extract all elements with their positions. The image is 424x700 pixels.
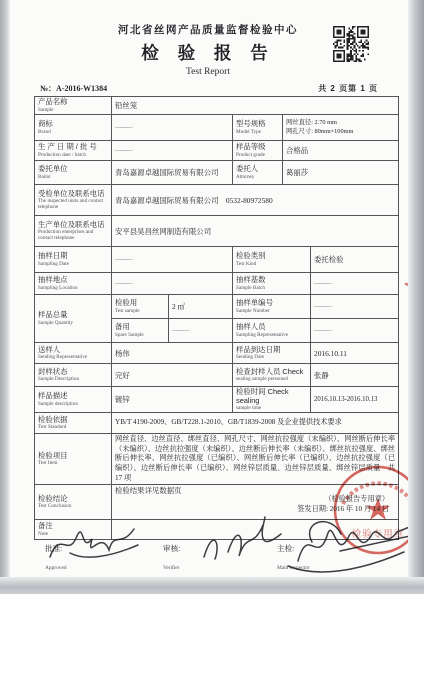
table-row: 检验依据Test Standard YB/T 4190-2009、GB/T228… bbox=[35, 413, 399, 434]
field-label: 生产单位及联系电话Production enterprises and cont… bbox=[35, 216, 112, 247]
field-value: 葛丽莎 bbox=[283, 161, 399, 185]
report-page: 河北省丝网产品质量监督检验中心 检 验 报 告 Test Report №：A-… bbox=[0, 0, 424, 700]
table-row: 生 产 日 期 / 批 号Production date / batch ———… bbox=[35, 141, 399, 161]
field-label: 检验类别Test Kind bbox=[233, 247, 311, 273]
field-value: 网丝直径: 2.70 mm网孔尺寸: 80mm×100mm bbox=[283, 115, 399, 141]
field-label: 生 产 日 期 / 批 号Production date / batch bbox=[35, 141, 112, 161]
verifier-label: 审核: Verifier bbox=[163, 538, 180, 574]
table-row: 产品名称Sample 铅丝笼 bbox=[35, 97, 399, 115]
table-row: 样品描述Sample description 镀锌 检验时间 Check sea… bbox=[35, 387, 399, 413]
field-label: 样品总量Sample Quantity bbox=[35, 295, 112, 343]
field-label: 产品名称Sample bbox=[35, 97, 112, 115]
field-value: 镀锌 bbox=[112, 387, 233, 413]
table-row: 委托单位Bailor 青岛嘉源卓越国际贸易有限公司 委托人Attorney 葛丽… bbox=[35, 161, 399, 185]
field-value: 完好 bbox=[112, 364, 233, 387]
field-label: 抽样单编号Sample Number bbox=[233, 295, 311, 319]
field-value: 2016.10.11 bbox=[311, 343, 399, 364]
field-value: ——— bbox=[112, 247, 233, 273]
field-value: 张静 bbox=[311, 364, 399, 387]
field-value: ——— bbox=[311, 319, 399, 343]
field-value: YB/T 4190-2009、GB/T228.1-2010、GB/T1839-2… bbox=[112, 413, 399, 434]
field-label: 检验依据Test Standard bbox=[35, 413, 112, 434]
field-value: 2 ㎡ bbox=[169, 295, 233, 319]
field-label: 抽样日期Sampling Date bbox=[35, 247, 112, 273]
field-value: ——— bbox=[311, 273, 399, 295]
report-number: №：A-2016-W1384 bbox=[40, 83, 107, 94]
conclusion-text: 检验结果详见数据页 bbox=[115, 486, 395, 495]
field-label: 抽样地点Sampling Location bbox=[35, 273, 112, 295]
field-value: ——— bbox=[112, 115, 233, 141]
field-label: 受检单位及联系电话The inspected units and contact… bbox=[35, 185, 112, 216]
field-value: ——— bbox=[311, 295, 399, 319]
field-value: 2016.10.13-2016.10.13 bbox=[311, 387, 399, 413]
field-label: 检验项目Test Item bbox=[35, 434, 112, 485]
field-label: 商标Brand bbox=[35, 115, 112, 141]
field-label: 备用Spare Sample bbox=[112, 319, 169, 343]
approved-label: 批准: Approved bbox=[45, 538, 67, 574]
field-value: 网丝直径、边丝直径、绑丝直径、网孔尺寸、网丝抗拉强度（未编织）、网丝断后伸长率（… bbox=[112, 434, 399, 485]
table-row: 检验项目Test Item 网丝直径、边丝直径、绑丝直径、网孔尺寸、网丝抗拉强度… bbox=[35, 434, 399, 485]
table-row: 抽样地点Sampling Location ——— 抽样基数Sample Bat… bbox=[35, 273, 399, 295]
field-value: 青岛嘉源卓越国际贸易有限公司 0532-80972580 bbox=[112, 185, 399, 216]
inspector-label: 主检: Main inspector bbox=[277, 538, 310, 574]
table-row: 商标Brand ——— 型号规格Model Type 网丝直径: 2.70 mm… bbox=[35, 115, 399, 141]
table-row: 抽样日期Sampling Date ——— 检验类别Test Kind 委托检验 bbox=[35, 247, 399, 273]
field-value: ——— bbox=[169, 319, 233, 343]
issue-date: 签发日期: 2016 年 10 月 14 日 bbox=[115, 505, 395, 515]
field-label: 委托人Attorney bbox=[233, 161, 283, 185]
field-label: 检验时间 Check sealingsample time bbox=[233, 387, 311, 413]
field-value: 委托检验 bbox=[311, 247, 399, 273]
field-value: ——— bbox=[112, 141, 233, 161]
field-value: 安平县昊昌丝网制造有限公司 bbox=[112, 216, 399, 247]
page-count: 共 2 页第 1 页 bbox=[288, 83, 378, 94]
table-row: 样品总量Sample Quantity 检验用Test sample 2 ㎡ 抽… bbox=[35, 295, 399, 319]
field-label: 型号规格Model Type bbox=[233, 115, 283, 141]
field-value: 铅丝笼 bbox=[112, 97, 399, 115]
page-edge-bottom bbox=[0, 577, 424, 594]
field-value: ——— bbox=[112, 273, 233, 295]
table-row: 生产单位及联系电话Production enterprises and cont… bbox=[35, 216, 399, 247]
field-label: 检查封样人员 Checksealing sample personnel bbox=[233, 364, 311, 387]
field-label: 样品到达日期Sending Date bbox=[233, 343, 311, 364]
field-value bbox=[112, 520, 399, 540]
field-label: 样品描述Sample description bbox=[35, 387, 112, 413]
field-label: 抽样人员Sampling Representative bbox=[233, 319, 311, 343]
field-label: 送样人Sending Representative bbox=[35, 343, 112, 364]
page-edge-right bbox=[408, 0, 424, 584]
report-table: 产品名称Sample 铅丝笼 商标Brand ——— 型号规格Model Typ… bbox=[34, 96, 399, 540]
field-label: 封样状态Sample Description bbox=[35, 364, 112, 387]
field-label: 检验结论Test Conclusion bbox=[35, 485, 112, 520]
page-title-en: Test Report bbox=[0, 67, 416, 77]
field-label: 备注Note bbox=[35, 520, 112, 540]
page-edge-left bbox=[0, 0, 10, 584]
field-value: 杨伟 bbox=[112, 343, 233, 364]
table-row: 封样状态Sample Description 完好 检查封样人员 Checkse… bbox=[35, 364, 399, 387]
field-label: 样品等级Product grade bbox=[233, 141, 283, 161]
field-value: 检验结果详见数据页 （检验报告专用章） 签发日期: 2016 年 10 月 14… bbox=[112, 485, 399, 520]
field-label: 检验用Test sample bbox=[112, 295, 169, 319]
table-row: 备注Note bbox=[35, 520, 399, 540]
field-label: 委托单位Bailor bbox=[35, 161, 112, 185]
field-value: 青岛嘉源卓越国际贸易有限公司 bbox=[112, 161, 233, 185]
table-row: 送样人Sending Representative 杨伟 样品到达日期Sendi… bbox=[35, 343, 399, 364]
field-value: 合格品 bbox=[283, 141, 399, 161]
table-row: 检验结论Test Conclusion 检验结果详见数据页 （检验报告专用章） … bbox=[35, 485, 399, 520]
scanned-document: 河北省丝网产品质量监督检验中心 检 验 报 告 Test Report №：A-… bbox=[0, 0, 424, 594]
table-row: 受检单位及联系电话The inspected units and contact… bbox=[35, 185, 399, 216]
field-label: 抽样基数Sample Batch bbox=[233, 273, 311, 295]
stamp-note: （检验报告专用章） bbox=[115, 495, 395, 505]
qr-code-icon bbox=[333, 26, 369, 62]
